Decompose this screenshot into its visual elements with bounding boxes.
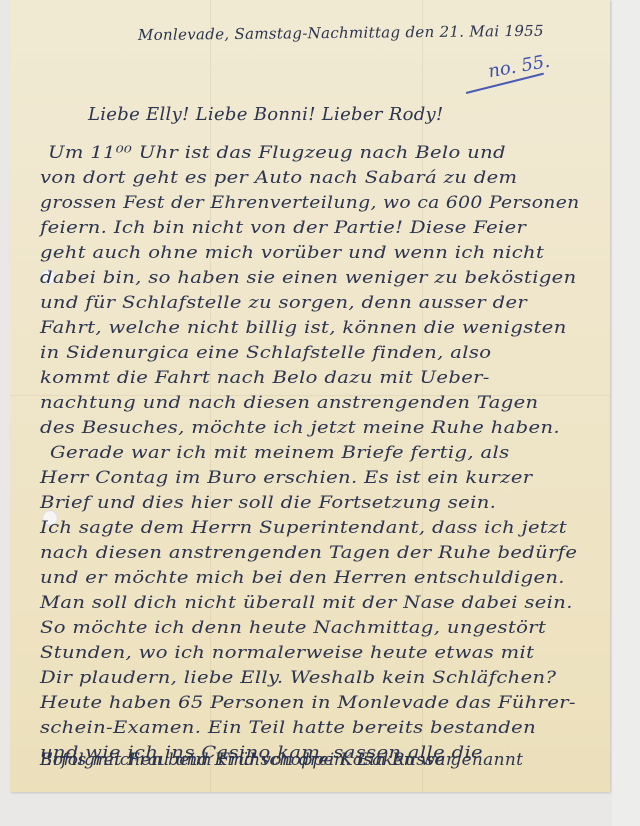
letter-line: Ich sagte dem Herrn Superintendant, dass… — [40, 518, 567, 538]
letter-line: und er möchte mich bei den Herren entsch… — [40, 568, 565, 588]
letter-line: dabei bin, so haben sie einen weniger zu… — [40, 268, 577, 288]
letter-line: des Besuches, möchte ich jetzt meine Ruh… — [40, 418, 560, 438]
letter-line: Man soll dich nicht überall mit der Nase… — [40, 593, 573, 613]
letter-line: schein-Examen. Ein Teil hatte bereits be… — [40, 718, 536, 738]
letter-line: nachtung und nach diesen anstrengenden T… — [40, 393, 538, 413]
letter-line: Brief und dies hier soll die Fortsetzung… — [40, 493, 496, 513]
letter-line: So möchte ich denn heute Nachmittag, ung… — [40, 618, 546, 638]
letter-line: Fahrt, welche nicht billig ist, können d… — [40, 318, 567, 338]
letter-line: Gerade war ich mit meinem Briefe fertig,… — [50, 443, 509, 463]
letter-line: grossen Fest der Ehrenverteilung, wo ca … — [40, 193, 580, 213]
letter-page: Monlevade, Samstag-Nachmittag den 21. Ma… — [10, 0, 610, 792]
letter-line: kommt die Fahrt nach Belo dazu mit Ueber… — [40, 368, 490, 388]
letter-line: feiern. Ich bin nicht von der Partie! Di… — [40, 218, 526, 238]
letter-line: Boris mit Frau und Kind von drei Kosaken… — [40, 750, 454, 770]
letter-line: Heute haben 65 Personen in Monlevade das… — [40, 693, 576, 713]
letter-line: geht auch ohne mich vorüber und wenn ich… — [40, 243, 544, 263]
scanner-background — [612, 0, 640, 826]
letter-line: Stunden, wo ich normalerweise heute etwa… — [40, 643, 534, 663]
dateline: Monlevade, Samstag-Nachmittag den 21. Ma… — [138, 22, 544, 44]
salutation: Liebe Elly! Liebe Bonni! Lieber Rody! — [88, 104, 444, 125]
letter-line: von dort geht es per Auto nach Sabará zu… — [40, 168, 517, 188]
letter-line: Dir plaudern, liebe Elly. Weshalb kein S… — [40, 668, 556, 688]
letter-line: Um 11⁰⁰ Uhr ist das Flugzeug nach Belo u… — [48, 143, 506, 163]
letter-line: nach diesen anstrengenden Tagen der Ruhe… — [40, 543, 577, 563]
letter-line: Herr Contag im Buro erschien. Es ist ein… — [40, 468, 532, 488]
letter-line: und für Schlafstelle zu sorgen, denn aus… — [40, 293, 527, 313]
letter-line: in Sidenurgica eine Schlafstelle finden,… — [40, 343, 491, 363]
